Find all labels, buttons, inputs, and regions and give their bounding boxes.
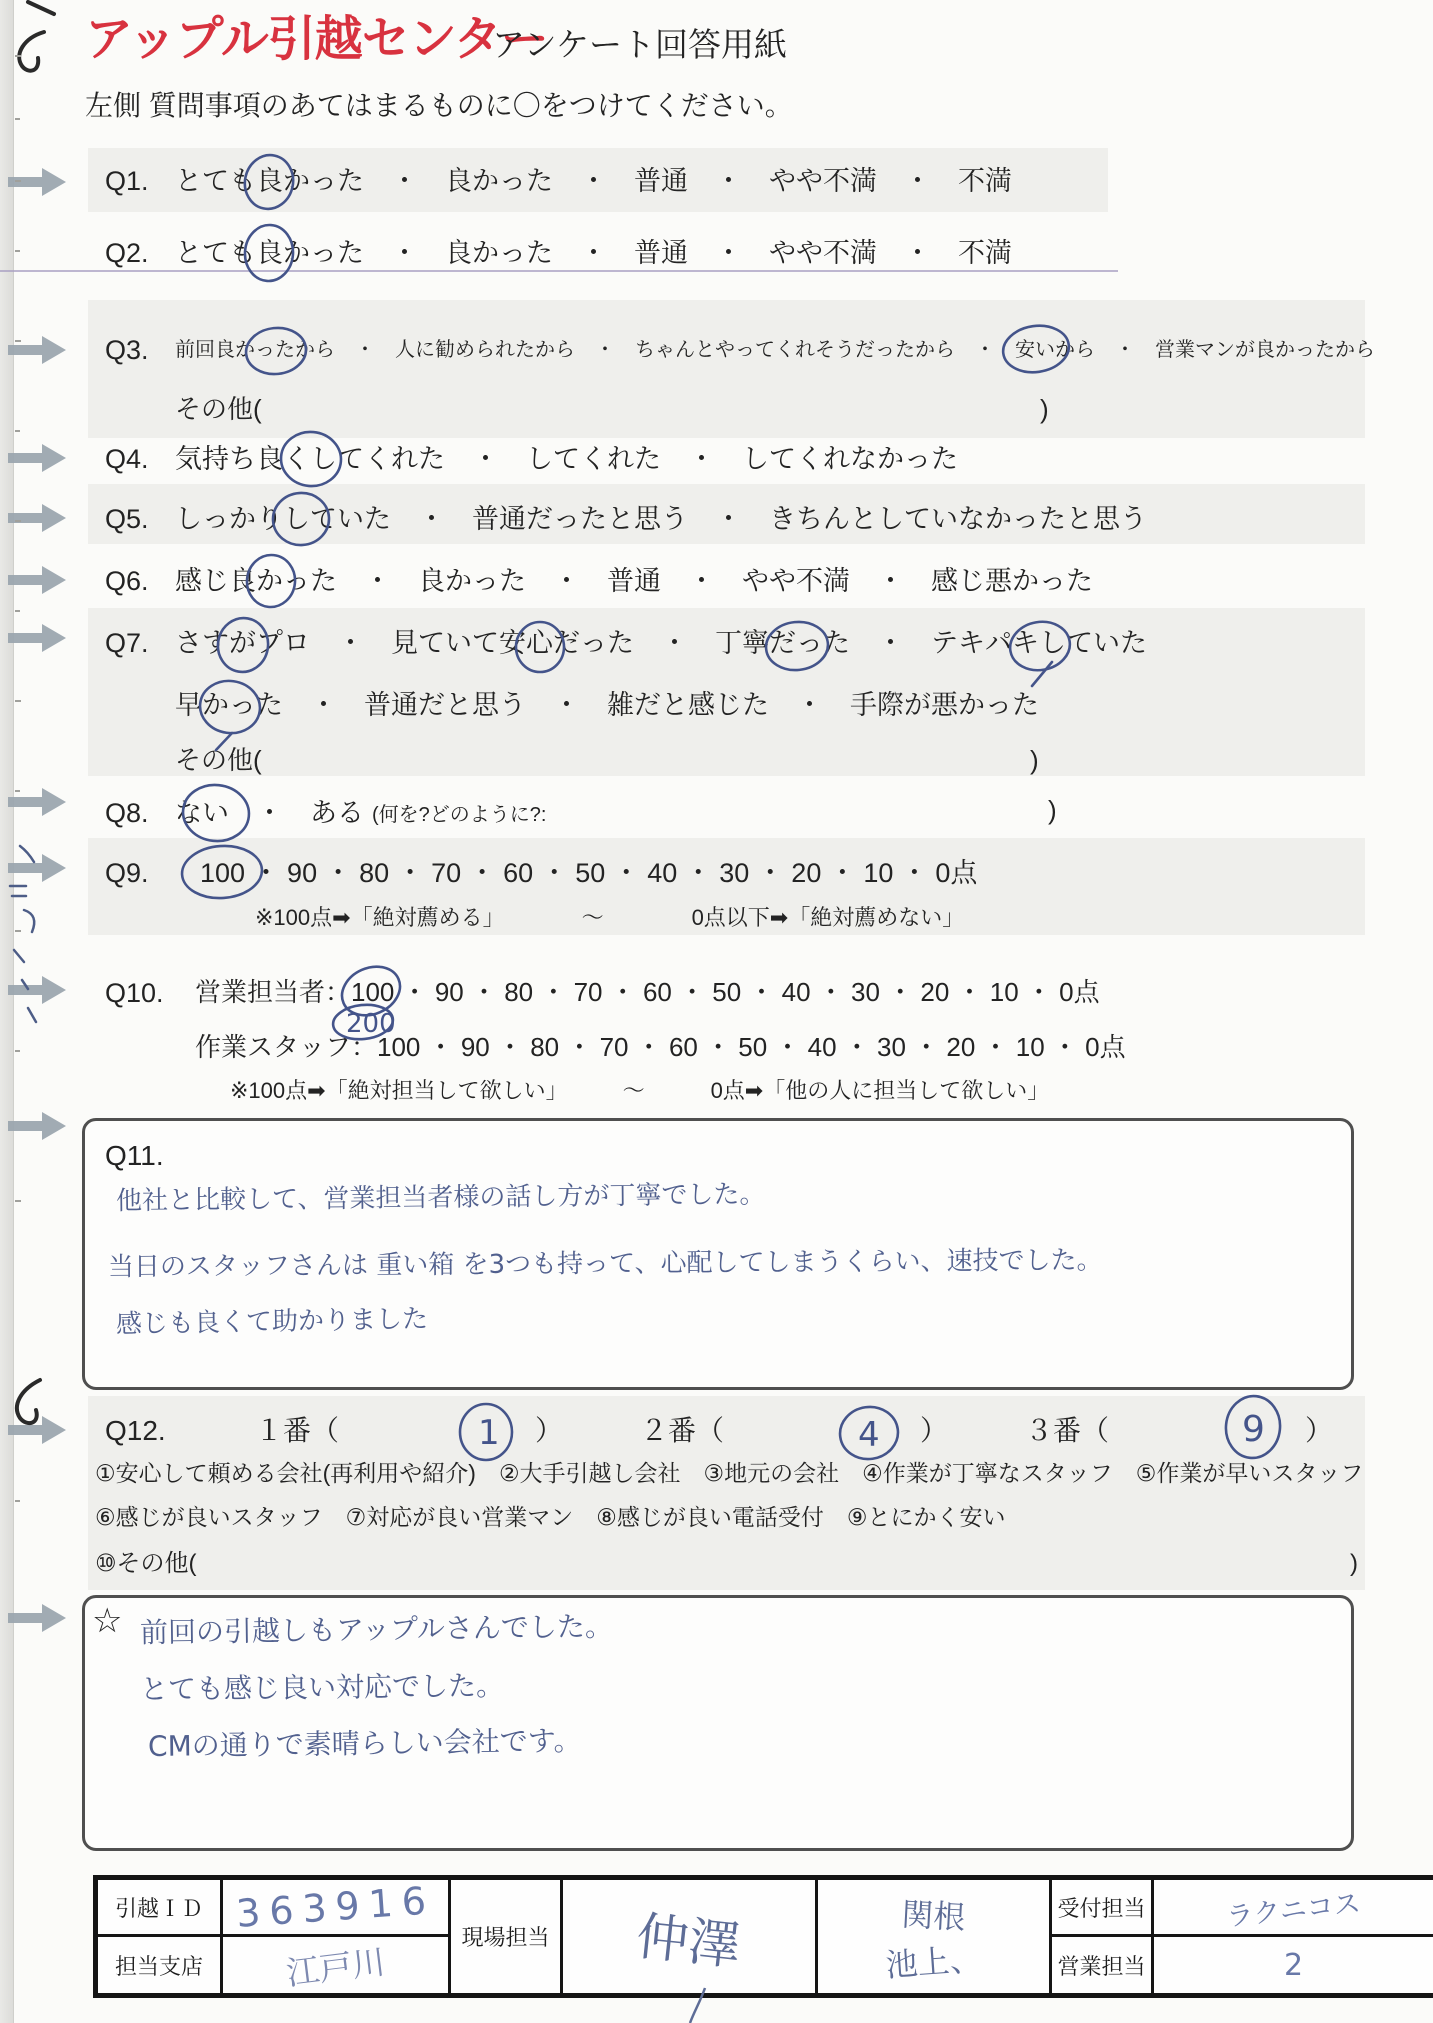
paren-close-q3: ) (1040, 395, 1049, 425)
branch-value-cell: 江戸川 (222, 1936, 450, 1996)
margin-arrow-icon-q9 (8, 854, 66, 882)
pen-hook-top-corner (28, 2, 54, 14)
question-options-q8: ない ・ ある (175, 798, 364, 829)
sales-scale-label: 営業担当者： (195, 977, 351, 1007)
row-highlight-q3 (88, 300, 1365, 438)
branch-label: 担当支店 (115, 1954, 203, 1979)
margin-arrow-icon-q1 (8, 168, 66, 196)
survey-form-page: アップル引越センター アンケート回答用紙 左側 質問事項のあてはまるものに〇をつ… (0, 0, 1433, 2023)
question-label-q2: Q2. (105, 238, 149, 269)
site-staff-label: 現場担当 (461, 1925, 549, 1950)
pen-scribble-3 (24, 910, 34, 932)
brand-title: アップル引越センター (85, 12, 548, 67)
question-label-q12: Q12. (105, 1415, 166, 1447)
handwritten-move-id: 363916 (235, 1878, 437, 1936)
scale-note-q9: ※100点➡「絶対薦める」 〜 0点以下➡「絶対薦めない」 (255, 905, 964, 930)
form-title: アンケート回答用紙 (492, 26, 787, 64)
handwritten-comment-line3: CMの通りで素晴らしい会社です。 (148, 1725, 582, 1763)
staff-scale-label: 作業スタッフ： (195, 1032, 377, 1062)
paren-close-q7: ) (1030, 746, 1039, 776)
margin-arrow-icon-q12 (8, 1416, 66, 1444)
sales-label-cell: 営業担当 (1051, 1936, 1153, 1996)
margin-arrow-icon-q8 (8, 788, 66, 816)
reception-label-cell: 受付担当 (1051, 1878, 1153, 1936)
site-staff-signature1-cell: 仲澤 (562, 1878, 817, 1996)
question-note-q8: (何を?どのように?: (372, 804, 546, 827)
score-scale-q10-staff: 100 ・ 90 ・ 80 ・ 70 ・ 60 ・ 50 ・ 40 ・ 30 ・… (377, 1032, 1126, 1062)
rank-field-1: １番（ ） (255, 1415, 563, 1447)
question-options-q2: とても良かった ・ 良かった ・ 普通 ・ やや不満 ・ 不満 (175, 238, 1012, 269)
handwritten-comment-line2: とても感じ良い対応でした。 (140, 1670, 504, 1706)
sales-value-cell: 2 (1153, 1936, 1433, 1996)
margin-arrow-icon-q7 (8, 624, 66, 652)
handwritten-signature-2b: 池上、 (818, 1929, 1050, 1991)
site-staff-label-cell: 現場担当 (450, 1878, 562, 1996)
margin-arrow-icon-q3 (8, 336, 66, 364)
sales-label: 営業担当 (1057, 1954, 1145, 1979)
star-icon: ☆ (92, 1602, 122, 1641)
other-field-label-q7: その他( (175, 746, 262, 776)
handwritten-comment-line1: 前回の引越しもアップルさんでした。 (140, 1611, 613, 1650)
handwritten-branch: 江戸川 (284, 1936, 388, 1995)
handwritten-signature-1: 仲澤 (633, 1894, 744, 1979)
handwritten-reception: ラクニコス (1225, 1881, 1363, 1934)
margin-arrow-icon-star (8, 1604, 66, 1632)
site-staff-signature2-cell: 関根 池上、 (817, 1878, 1051, 1996)
question-options-q5: しっかりしていた ・ 普通だったと思う ・ きちんとしていなかったと思う (175, 504, 1147, 535)
scale-note-q10: ※100点➡「絶対担当して欲しい」 〜 0点➡「他の人に担当して欲しい」 (230, 1078, 1049, 1103)
margin-arrow-icon-q5 (8, 504, 66, 532)
margin-arrow-icons (8, 168, 66, 1632)
question-options-q4: 気持ち良くしてくれた ・ してくれた ・ してくれなかった (175, 444, 958, 475)
move-id-label-cell: 引越ＩＤ (96, 1878, 222, 1936)
question-label-q5: Q5. (105, 504, 149, 535)
pen-hook-top (19, 32, 44, 71)
pen-scribble-6 (28, 1008, 36, 1022)
paren-close-q8: ) (1048, 796, 1057, 826)
question-label-q11: Q11. (105, 1140, 164, 1172)
branch-label-cell: 担当支店 (96, 1936, 222, 1996)
pen-scribble-5 (22, 980, 28, 989)
question-label-q8: Q8. (105, 798, 149, 829)
question-label-q7: Q7. (105, 628, 149, 659)
other-field-label-q12: ⑩その他( (95, 1550, 197, 1578)
margin-arrow-icon-q11 (8, 1112, 66, 1140)
margin-arrow-icon-q6 (8, 566, 66, 594)
question-label-q10: Q10. (105, 978, 164, 1009)
pen-scribble-1 (20, 846, 34, 862)
reception-value-cell: ラクニコス (1153, 1878, 1433, 1936)
question-options-q6: 感じ良かった ・ 良かった ・ 普通 ・ やや不満 ・ 感じ悪かった (175, 566, 1093, 597)
move-id-value-cell: 363916 (222, 1878, 450, 1936)
question-label-q3: Q3. (105, 335, 149, 366)
score-scale-q9: 100 ・ 90 ・ 80 ・ 70 ・ 60 ・ 50 ・ 40 ・ 30 ・… (200, 858, 977, 889)
rank-options-line1: ①安心して頼める会社(再利用や紹介) ②大手引越し会社 ③地元の会社 ④作業が丁… (95, 1460, 1363, 1486)
question-options-q7-line1: さすがプロ ・ 見ていて安心だった ・ 丁寧だった ・ テキパキしていた (175, 628, 1147, 659)
score-row-staff: 作業スタッフ：100 ・ 90 ・ 80 ・ 70 ・ 60 ・ 50 ・ 40… (195, 1033, 1126, 1063)
question-label-q6: Q6. (105, 566, 149, 597)
handwritten-answer-q11-line3: 感じも良くて助かりました (116, 1305, 428, 1340)
pen-hook-bottom (17, 1380, 40, 1423)
score-scale-q10-sales: 100 ・ 90 ・ 80 ・ 70 ・ 60 ・ 50 ・ 40 ・ 30 ・… (351, 977, 1100, 1007)
question-options-q1: とても良かった ・ 良かった ・ 普通 ・ やや不満 ・ 不満 (175, 166, 1012, 197)
move-id-label: 引越ＩＤ (115, 1896, 203, 1921)
other-field-label-q3: その他( (175, 395, 262, 425)
instruction-text: 左側 質問事項のあてはまるものに〇をつけてください。 (85, 90, 793, 122)
question-options-q3: 前回良かったから ・ 人に勧められたから ・ ちゃんとやってくれそうだったから … (175, 339, 1375, 362)
pen-scribble-4 (14, 950, 24, 962)
handwritten-sales: 2 (1284, 1948, 1303, 1983)
divider-line (0, 270, 1118, 272)
question-label-q4: Q4. (105, 444, 149, 475)
question-options-q7-line2: 早かった ・ 普通だと思う ・ 雑だと感じた ・ 手際が悪かった (175, 690, 1039, 721)
paren-close-q12: ) (1350, 1550, 1358, 1578)
rank-field-3: ３番（ ） (1025, 1415, 1333, 1447)
footer-table: 引越ＩＤ 363916 現場担当 仲澤 関根 池上、 受付担当 ラクニコス 担当… (93, 1875, 1433, 1998)
margin-arrow-icon-q4 (8, 444, 66, 472)
scan-tick-marks (15, 55, 21, 1502)
scan-edge-strip (0, 0, 14, 2023)
rank-field-2: ２番（ ） (640, 1415, 948, 1447)
pen-hook-marks (17, 2, 54, 1423)
question-label-q1: Q1. (105, 166, 149, 197)
reception-label: 受付担当 (1057, 1896, 1145, 1921)
question-label-q9: Q9. (105, 858, 149, 889)
margin-arrow-icon-q10 (8, 976, 66, 1004)
score-row-sales: 営業担当者：100 ・ 90 ・ 80 ・ 70 ・ 60 ・ 50 ・ 40 … (195, 978, 1100, 1008)
rank-options-line2: ⑥感じが良いスタッフ ⑦対応が良い営業マン ⑧感じが良い電話受付 ⑨とにかく安い (95, 1504, 1005, 1530)
